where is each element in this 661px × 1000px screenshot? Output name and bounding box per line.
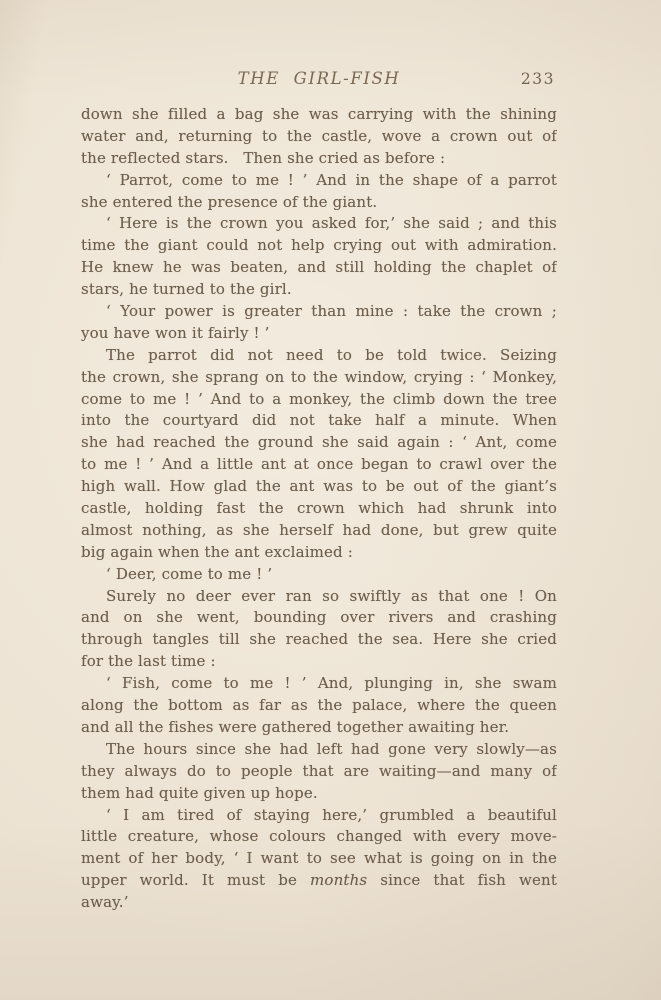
text-line: them had quite given up hope. bbox=[81, 783, 557, 805]
paragraph: ‘ Fish, come to me ! ’ And, plunging in,… bbox=[81, 673, 557, 739]
text-line: ‘ Fish, come to me ! ’ And, plunging in,… bbox=[81, 673, 557, 695]
text-line: down she filled a bag she was carrying w… bbox=[81, 104, 557, 126]
text-line: big again when the ant exclaimed : bbox=[81, 542, 557, 564]
text-line: and all the fishes were gathered togethe… bbox=[81, 717, 557, 739]
text-line: you have won it fairly ! ’ bbox=[81, 323, 557, 345]
italic-word: months bbox=[310, 871, 367, 889]
text-line: castle, holding fast the crown which had… bbox=[81, 498, 557, 520]
text-line: the reflected stars. Then she cried as b… bbox=[81, 148, 557, 170]
text-line: the crown, she sprang on to the window, … bbox=[81, 367, 557, 389]
paragraph: down she filled a bag she was carrying w… bbox=[81, 104, 557, 170]
paragraph: ‘ Parrot, come to me ! ’ And in the shap… bbox=[81, 170, 557, 214]
text-line: ‘ I am tired of staying here,’ grumbled … bbox=[81, 805, 557, 827]
text-line: ment of her body, ‘ I want to see what i… bbox=[81, 848, 557, 870]
paragraph: The hours since she had left had gone ve… bbox=[81, 739, 557, 805]
text-line: ‘ Deer, come to me ! ’ bbox=[81, 564, 557, 586]
text-line: for the last time : bbox=[81, 651, 557, 673]
text-line: through tangles till she reached the sea… bbox=[81, 629, 557, 651]
text-segment: since that fish went bbox=[367, 871, 557, 889]
text-line: time the giant could not help crying out… bbox=[81, 235, 557, 257]
text-line: high wall. How glad the ant was to be ou… bbox=[81, 476, 557, 498]
text-line: she entered the presence of the giant. bbox=[81, 192, 557, 214]
text-line: The hours since she had left had gone ve… bbox=[81, 739, 557, 761]
page-body: down she filled a bag she was carrying w… bbox=[81, 104, 557, 914]
paragraph: The parrot did not need to be told twice… bbox=[81, 345, 557, 564]
paragraph: ‘ Your power is greater than mine : take… bbox=[81, 301, 557, 345]
text-line: He knew he was beaten, and still holding… bbox=[81, 257, 557, 279]
text-segment: upper world. It must be bbox=[81, 871, 310, 889]
paragraph: ‘ Deer, come to me ! ’ bbox=[81, 564, 557, 586]
text-line: water and, returning to the castle, wove… bbox=[81, 126, 557, 148]
page-header: THE GIRL-FISH 233 bbox=[81, 69, 557, 91]
text-line: upper world. It must be months since tha… bbox=[81, 870, 557, 892]
paragraph: ‘ Here is the crown you asked for,’ she … bbox=[81, 213, 557, 301]
text-line: ‘ Here is the crown you asked for,’ she … bbox=[81, 213, 557, 235]
text-line: and on she went, bounding over rivers an… bbox=[81, 607, 557, 629]
text-line: away.’ bbox=[81, 892, 557, 914]
text-line: she had reached the ground she said agai… bbox=[81, 432, 557, 454]
paragraph: ‘ I am tired of staying here,’ grumbled … bbox=[81, 805, 557, 914]
text-line: stars, he turned to the girl. bbox=[81, 279, 557, 301]
text-line: little creature, whose colours changed w… bbox=[81, 826, 557, 848]
text-line: along the bottom as far as the palace, w… bbox=[81, 695, 557, 717]
running-title: THE GIRL-FISH bbox=[81, 69, 557, 88]
page-number: 233 bbox=[521, 70, 555, 88]
text-line: Surely no deer ever ran so swiftly as th… bbox=[81, 586, 557, 608]
text-line: to me ! ’ And a little ant at once began… bbox=[81, 454, 557, 476]
text-line: The parrot did not need to be told twice… bbox=[81, 345, 557, 367]
text-line: they always do to people that are waitin… bbox=[81, 761, 557, 783]
text-line: ‘ Your power is greater than mine : take… bbox=[81, 301, 557, 323]
text-line: come to me ! ’ And to a monkey, the clim… bbox=[81, 389, 557, 411]
book-page: THE GIRL-FISH 233 down she filled a bag … bbox=[0, 0, 661, 1000]
text-line: almost nothing, as she herself had done,… bbox=[81, 520, 557, 542]
paragraph: Surely no deer ever ran so swiftly as th… bbox=[81, 586, 557, 674]
text-line: into the courtyard did not take half a m… bbox=[81, 410, 557, 432]
text-line: ‘ Parrot, come to me ! ’ And in the shap… bbox=[81, 170, 557, 192]
